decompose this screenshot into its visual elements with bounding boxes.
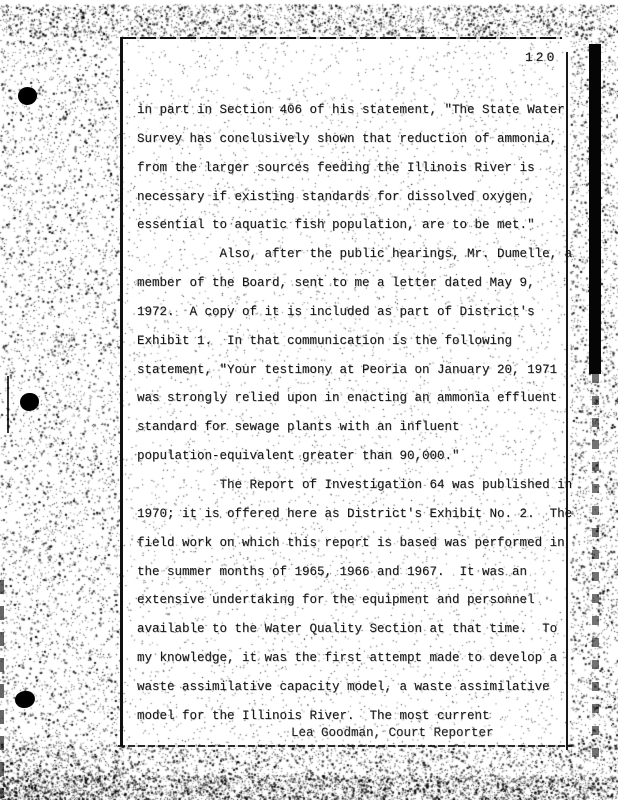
transcript-line: was strongly relied upon in enacting an … [137, 384, 583, 413]
scan-stray-mark [7, 376, 9, 433]
transcript-line: member of the Board, sent to me a letter… [137, 269, 583, 298]
transcript-line: population-equivalent greater than 90,00… [137, 442, 583, 471]
transcript-line: available to the Water Quality Section a… [137, 615, 583, 644]
transcript-line: field work on which this report is based… [137, 529, 583, 558]
transcript-line: Survey has conclusively shown that reduc… [137, 125, 583, 154]
transcript-line: Also, after the public hearings, Mr. Dum… [137, 240, 583, 269]
transcript-line: statement, "Your testimony at Peoria on … [137, 356, 583, 385]
transcript-line: 1970; it is offered here as District's E… [137, 500, 583, 529]
transcript-line: my knowledge, it was the first attempt m… [137, 644, 583, 673]
hole-punch [20, 393, 39, 411]
hole-punch [17, 86, 38, 106]
transcript-line: standard for sewage plants with an influ… [137, 413, 583, 442]
scan-edge-artifact-fade [592, 374, 599, 760]
transcript-line: extensive undertaking for the equipment … [137, 586, 583, 615]
transcript-line: the summer months of 1965, 1966 and 1967… [137, 558, 583, 587]
hole-punch [14, 690, 36, 709]
transcript-line: The Report of Investigation 64 was publi… [137, 471, 583, 500]
transcript-line: essential to aquatic fish population, ar… [137, 211, 583, 240]
transcript-line: Exhibit 1. In that communication is the … [137, 327, 583, 356]
court-reporter-footer: Lea Goodman, Court Reporter [291, 726, 494, 740]
transcript-line: 1972. A copy of it is included as part o… [137, 298, 583, 327]
transcript-line: necessary if existing standards for diss… [137, 183, 583, 212]
page-number: 120 [525, 50, 557, 65]
transcript-line: waste assimilative capacity model, a was… [137, 673, 583, 702]
page-frame-top-rule [120, 37, 562, 39]
transcript-body: in part in Section 406 of his statement,… [137, 96, 583, 731]
transcript-line: from the larger sources feeding the Illi… [137, 154, 583, 183]
scan-edge-smudge [0, 580, 4, 798]
transcript-line: in part in Section 406 of his statement,… [137, 96, 583, 125]
scan-edge-artifact [589, 44, 601, 374]
scanned-transcript-page: 120 in part in Section 406 of his statem… [0, 0, 618, 800]
page-frame-left-rule [120, 37, 123, 746]
page-frame-bottom-rule [118, 745, 572, 747]
